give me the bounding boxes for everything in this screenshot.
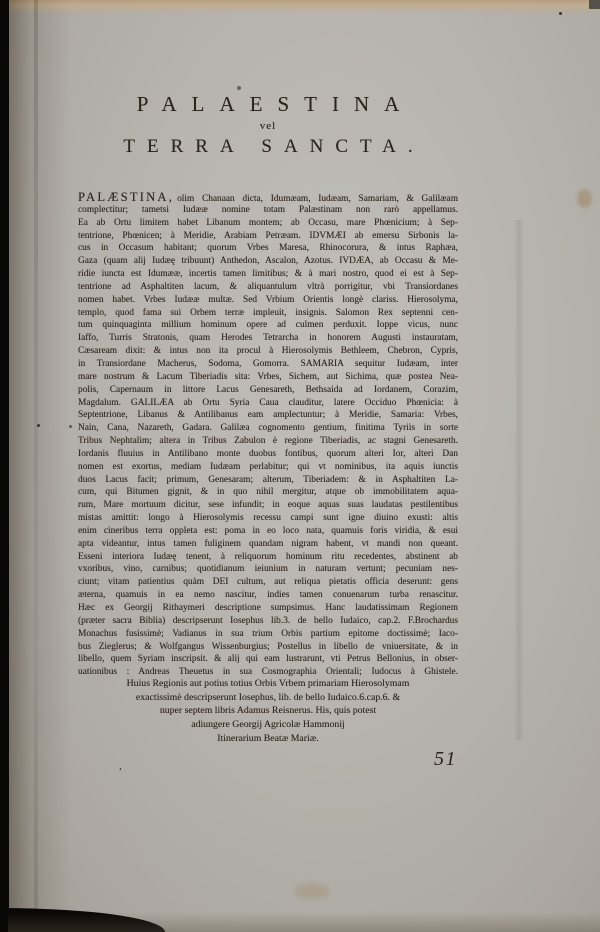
endnote-block: Huius Regionis aut potius totius Orbis V… [78,677,458,745]
text-line: duos Lacus facit; primum, Genesaram; alt… [78,474,458,487]
text-line: Itinerarium Beatæ Mariæ. [78,732,458,746]
paper-stain [237,86,241,90]
text-line: Hæc ex Georgij Rithaymeri descriptione s… [78,602,458,615]
signature-mark: , [119,760,122,772]
text-line: mistas amittit: longo à Hierosolymis rec… [78,512,458,525]
text-line: cum, qui Bitumen gignit, & in quo nihil … [78,486,458,499]
text-line: adiungere Georgij Agricolæ Hammonij [78,718,458,732]
text-line: apta videantur, intus tamen fuliginem qu… [78,538,458,551]
text-line: mare nostrum & Lacum Tiberiadis sita: Vr… [78,371,458,384]
text-line: templo, quod fama sui Orbem terræ impleu… [78,307,458,320]
page-title: PALAESTINA [78,92,458,117]
corner-notch [589,0,600,9]
spine-shadow [0,0,9,932]
text-line: Magdalum. GALILÆA ab Ortu Syria Caua cla… [78,397,458,410]
text-line: (præter sacra Biblia) descripserunt Iose… [78,615,458,628]
page-bottom-shade [8,912,600,932]
text-line: tum quinquaginta millium hominum opere a… [78,319,458,332]
text-line: complectitur; tametsi Iudææ nomine totam… [78,204,458,217]
text-line: ciunt; vitam patientius quàm DEI cultum,… [78,576,458,589]
text-line: Tribus Nephtalim; altera in Tribus Zabul… [78,435,458,448]
text-line: Iordanis fluuius in Antilibano monte duo… [78,448,458,461]
text-line: rum, Mare mortuum dicitur, sese infundit… [78,499,458,512]
page-subtitle: TERRA SANCTA. [78,136,458,158]
title-block: PALAESTINA vel TERRA SANCTA. [78,92,458,158]
text-line: enim cineribus terra oppleta est: poma i… [78,525,458,538]
text-line: Cæsaream dixit: & intus non ita procul à… [78,345,458,358]
text-line: Iaffo, Turris Stratonis, quam Herodes Te… [78,332,458,345]
body-lines: complectitur; tametsi Iudææ nomine totam… [78,204,458,679]
title-connector: vel [78,120,458,132]
text-line: PALÆSTINA,olim Chanaan dicta, Idumæam, I… [78,191,458,204]
right-crease [514,220,524,740]
text-line: Esseni interiora Iudæę tenent, à reliquo… [78,551,458,564]
text-line: libello, quem Syriam inscripsit. & alij … [78,653,458,666]
page-top-edge [8,0,600,14]
text-line: tentrione, Phœnicen; à Meridie, Arabiam … [78,230,458,243]
text-line: exactissimè descripserunt Iosephus, lib.… [78,691,458,705]
gutter-shadow [9,0,71,932]
text-line: Ea ab Ortu limitem habet Libanum montem;… [78,217,458,230]
text-line: Huius Regionis aut potius totius Orbis V… [78,677,458,691]
text-line: Nain, Cana, Nazareth, Gadara. Galilæa co… [78,422,458,435]
text-line: polis, Capernaum in littore Lacus Genesa… [78,384,458,397]
text-line: ridie iuncta est Idumææ, incertis tamen … [78,268,458,281]
text-line: tentrione ad Asphaltiten lacum, & aliqua… [78,281,458,294]
paper-stain [577,189,592,208]
text-line: bus Zieglerus; & Wolfgangus Wissenburgiu… [78,641,458,654]
page-number: 51 [434,748,457,771]
text-line: cus in Occasum habitant; quorum Vrbes Ma… [78,242,458,255]
book-page-photo: PALAESTINA vel TERRA SANCTA. PALÆSTINA,o… [0,0,600,932]
paper-speck [559,12,562,15]
paper-stain [294,883,330,899]
text-line: nomen habet. Vrbes Iudææ multæ. Sed Vrbi… [78,294,458,307]
text-line: æterna, quamuis in ea nemo nascitur, ind… [78,589,458,602]
first-line-rest: olim Chanaan dicta, Idumæam, Iudæam, Sam… [177,194,458,204]
text-line: Monachus fusissimè; Vadianus in sua triu… [78,628,458,641]
text-line: nuper septem libris Adamus Reisnerus. Hi… [78,704,458,718]
text-line: vxoribus, vino, carnibus; quotidianum ie… [78,563,458,576]
paper-speck [69,425,72,428]
text-line: nomen est exortus, mediam Iudæam perlabi… [78,461,458,474]
paper-speck [37,424,40,427]
text-line: in Transiordane Macherus, Sodoma, Gomorr… [78,358,458,371]
body-paragraph: PALÆSTINA,olim Chanaan dicta, Idumæam, I… [78,191,458,679]
fold-crease [34,0,38,932]
text-line: Septentrione, Libanus & Antilibanus eam … [78,409,458,422]
text-line: Gaza (quam alij Iudæę tribuunt) Anthedon… [78,255,458,268]
lead-word: PALÆSTINA, [78,191,174,204]
